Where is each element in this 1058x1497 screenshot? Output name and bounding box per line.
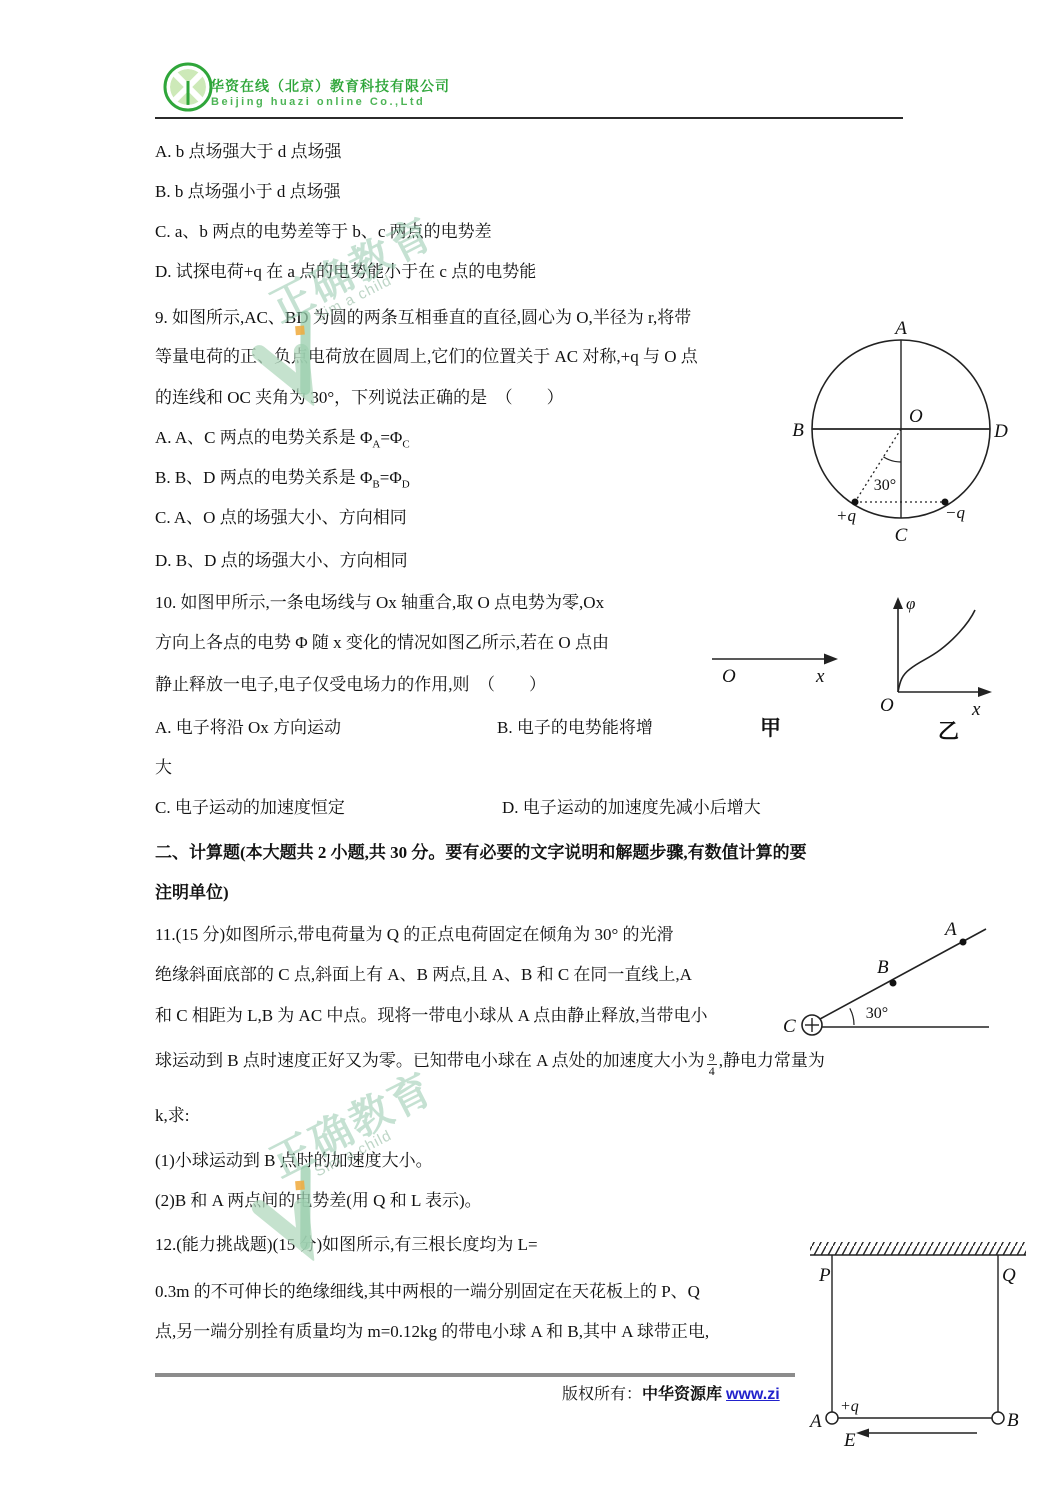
q10-option-d: D. 电子运动的加速度先减小后增大 [502, 797, 761, 819]
q10-jia-diagram: O x 甲 [698, 638, 858, 743]
q10-option-b: B. 电子的电势能将增 [497, 717, 653, 739]
q11-fraction-denominator: 4 [707, 1065, 717, 1078]
q9-option-a-sub2: C [402, 438, 409, 450]
q10-yi-label-o: O [880, 695, 894, 716]
q11-fraction: 94 [707, 1051, 717, 1077]
q8-option-d: D. 试探电荷+q 在 a 点的电势能小于在 c 点的电势能 [155, 261, 536, 283]
q10-jia-label-o: O [722, 666, 736, 687]
q10-option-c: C. 电子运动的加速度恒定 [155, 797, 345, 819]
q10-text-line1: 10. 如图甲所示,一条电场线与 Ox 轴重合,取 O 点电势为零,Ox [155, 592, 604, 614]
company-logo-icon [162, 61, 214, 113]
q9-label-plus-q: +q [836, 506, 856, 525]
q9-option-b-mid: =Φ [380, 468, 402, 487]
q9-text-line1: 9. 如图所示,AC、BD 为圆的两条互相垂直的直径,圆心为 O,半径为 r,将… [155, 307, 691, 329]
section2-header-line1: 二、计算题(本大题共 2 小题,共 30 分。要有必要的文字说明和解题步骤,有数… [155, 842, 807, 864]
q11-label-c: C [783, 1016, 796, 1037]
q12-label-p: P [818, 1265, 831, 1286]
q9-option-c: C. A、O 点的场强大小、方向相同 [155, 507, 407, 529]
q11-subquestion-2: (2)B 和 A 两点间的电势差(用 Q 和 L 表示)。 [155, 1190, 482, 1212]
q11-text-line1: 11.(15 分)如图所示,带电荷量为 Q 的正点电荷固定在倾角为 30° 的光… [155, 924, 674, 946]
section2-header-line2: 注明单位) [155, 882, 229, 904]
q8-option-c: C. a、b 两点的电势差等于 b、c 两点的电势差 [155, 221, 492, 243]
q9-label-a: A [893, 318, 907, 339]
q9-option-b-sub1: B [372, 478, 379, 490]
footer: 版权所有：中华资源库 www.zi [562, 1381, 780, 1404]
q10-yi-diagram: φ O x 乙 [868, 593, 1028, 743]
q9-option-a-mid: =Φ [380, 428, 402, 447]
q9-label-d: D [993, 421, 1008, 442]
q9-option-d: D. B、D 点的场强大小、方向相同 [155, 550, 408, 572]
footer-link[interactable]: www.zi [726, 1386, 780, 1403]
q11-incline-diagram: C B A 30° [773, 913, 1003, 1038]
header-rule [155, 117, 903, 119]
q9-label-o: O [909, 406, 923, 427]
q12-label-a: A [808, 1411, 822, 1432]
page: 华资在线（北京）教育科技有限公司 Beijing huazi online Co… [0, 0, 1058, 1497]
q11-line4-pre: 球运动到 B 点时速度正好又为零。已知带电小球在 A 点处的加速度大小为 [155, 1051, 705, 1070]
q10-yi-label-phi: φ [906, 594, 915, 613]
q11-fraction-numerator: 9 [707, 1051, 717, 1065]
q12-text-line2: 0.3m 的不可伸长的绝缘细线,其中两根的一端分别固定在天花板上的 P、Q [155, 1281, 700, 1303]
q12-hanging-diagram: P Q +q A B E [798, 1233, 1043, 1468]
company-name-cn: 华资在线（北京）教育科技有限公司 [210, 76, 450, 96]
q11-line4-post: ,静电力常量为 [719, 1051, 825, 1070]
q10-jia-label-x: x [815, 666, 825, 687]
q10-option-a: A. 电子将沿 Ox 方向运动 [155, 717, 341, 739]
q12-label-q: Q [1002, 1265, 1016, 1286]
q11-text-line5: k,求: [155, 1105, 189, 1127]
q9-label-c: C [895, 525, 908, 546]
q9-option-a: A. A、C 两点的电势关系是 ΦA=ΦC [155, 427, 410, 449]
q11-text-line4: 球运动到 B 点时速度正好又为零。已知带电小球在 A 点处的加速度大小为94,静… [155, 1050, 825, 1078]
q9-option-b: B. B、D 两点的电势关系是 ΦB=ΦD [155, 467, 410, 489]
q10-yi-label-x: x [971, 699, 981, 720]
q9-text-line3: 的连线和 OC 夹角为 30°，下列说法正确的是 （ ） [155, 387, 564, 409]
company-name-en: Beijing huazi online Co.,Ltd [211, 96, 425, 108]
q11-label-a: A [943, 919, 957, 940]
q10-yi-caption: 乙 [938, 719, 959, 743]
q12-label-e: E [843, 1430, 856, 1451]
footer-source-name: 中华资源库 [642, 1386, 722, 1403]
q11-text-line2: 绝缘斜面底部的 C 点,斜面上有 A、B 两点,且 A、B 和 C 在同一直线上… [155, 964, 692, 986]
footer-copyright-label: 版权所有： [562, 1386, 642, 1403]
q12-text-line1: 12.(能力挑战题)(15 分)如图所示,有三根长度均为 L= [155, 1234, 538, 1256]
q8-option-b: B. b 点场强小于 d 点场强 [155, 181, 341, 203]
q11-subquestion-1: (1)小球运动到 B 点时的加速度大小。 [155, 1150, 433, 1172]
q12-text-line3: 点,另一端分别拴有质量均为 m=0.12kg 的带电小球 A 和 B,其中 A … [155, 1321, 709, 1343]
q9-option-b-pre: B. B、D 两点的电势关系是 Φ [155, 468, 372, 487]
q10-option-b-cont: 大 [155, 757, 172, 779]
q9-circle-diagram: A B C D O 30° +q −q [788, 310, 1023, 550]
q9-text-line2: 等量电荷的正、负点电荷放在圆周上,它们的位置关于 AC 对称,+q 与 O 点 [155, 346, 698, 368]
footer-rule [155, 1373, 795, 1377]
q12-label-plus-q: +q [840, 1398, 859, 1415]
q10-text-line2: 方向上各点的电势 Φ 随 x 变化的情况如图乙所示,若在 O 点由 [155, 632, 609, 654]
q9-option-a-pre: A. A、C 两点的电势关系是 Φ [155, 428, 372, 447]
q9-label-angle: 30° [874, 477, 896, 494]
q11-label-b: B [877, 957, 889, 978]
q10-jia-caption: 甲 [760, 716, 781, 740]
q10-text-line3: 静止释放一电子,电子仅受电场力的作用,则 （ ） [155, 674, 546, 696]
q12-label-b: B [1007, 1410, 1019, 1431]
q9-label-b: B [792, 420, 804, 441]
q8-option-a: A. b 点场强大于 d 点场强 [155, 141, 342, 163]
q9-option-b-sub2: D [402, 478, 410, 490]
q11-text-line3: 和 C 相距为 L,B 为 AC 中点。现将一带电小球从 A 点由静止释放,当带… [155, 1005, 708, 1027]
q9-label-minus-q: −q [945, 503, 965, 522]
q11-label-angle: 30° [866, 1005, 888, 1022]
